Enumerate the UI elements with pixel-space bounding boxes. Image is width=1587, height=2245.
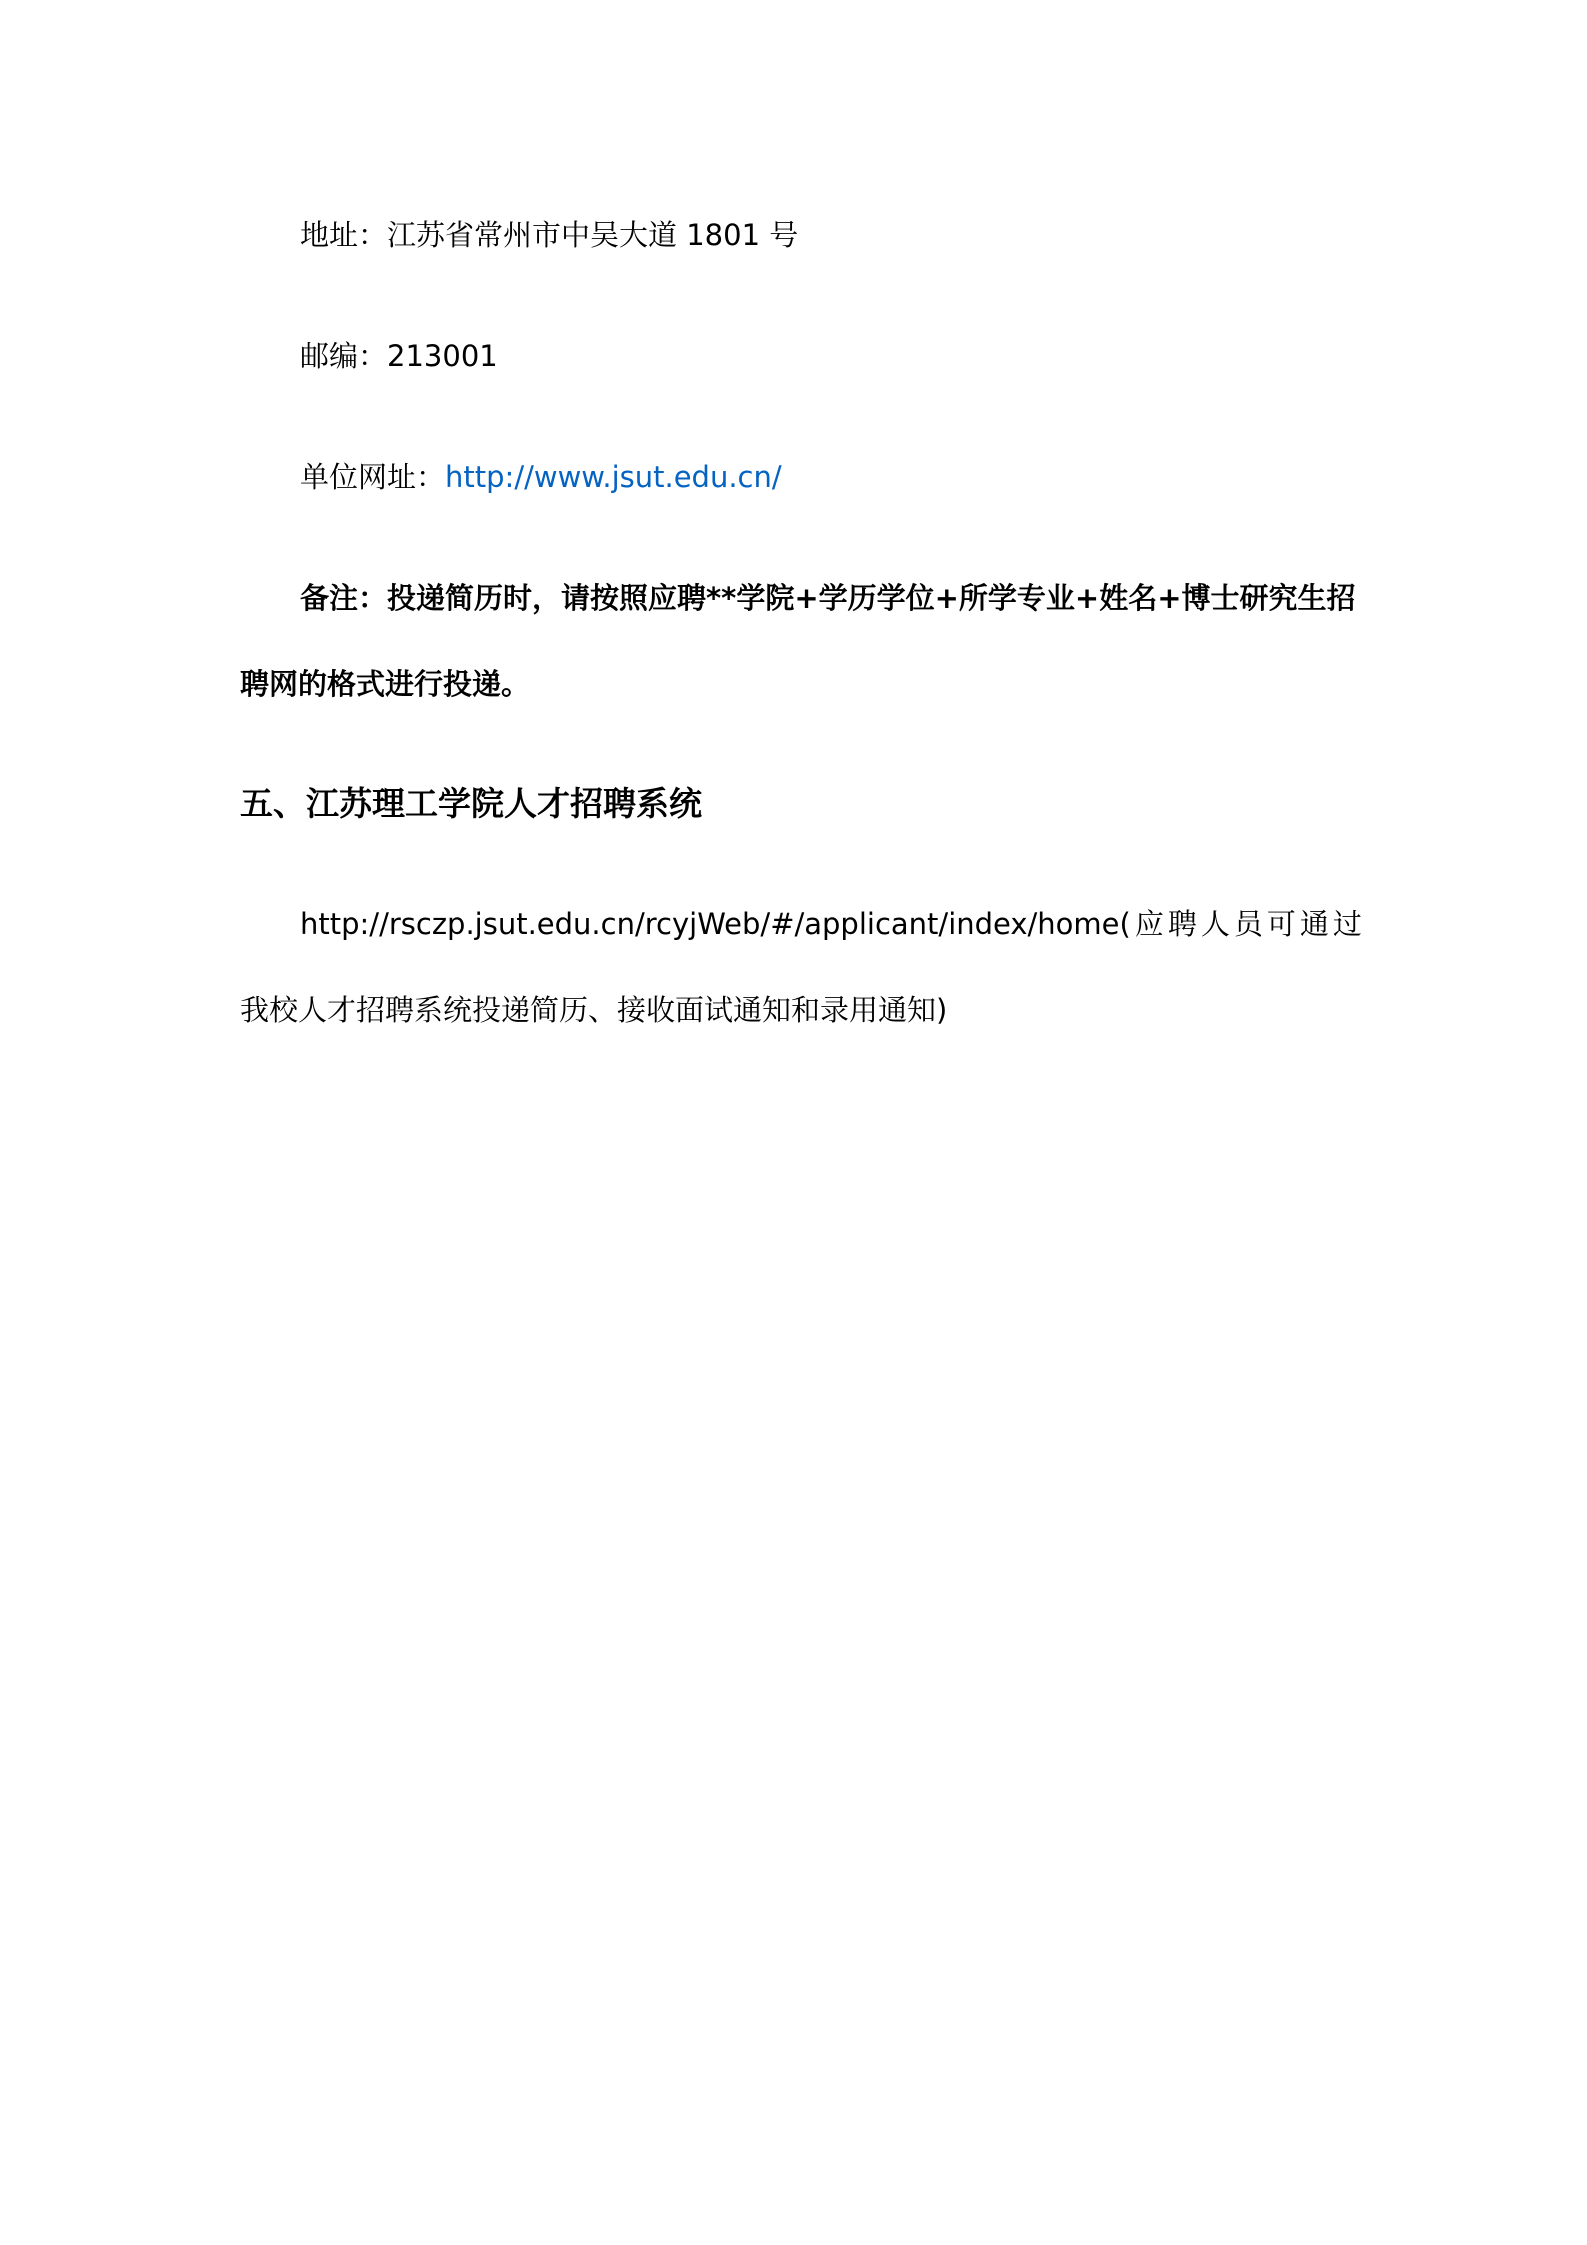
section-5-heading: 五、江苏理工学院人才招聘系统	[240, 784, 702, 824]
postcode-line: 邮编：213001	[300, 336, 498, 376]
address-line: 地址：江苏省常州市中吴大道 1801 号	[300, 215, 798, 255]
recruitment-system-line-1: http://rsczp.jsut.edu.cn/rcyjWeb/#/appli…	[300, 904, 1366, 944]
recruitment-system-desc: (应聘人员可通过	[1120, 907, 1366, 941]
website-link[interactable]: http://www.jsut.edu.cn/	[445, 460, 782, 494]
recruitment-system-line-2: 我校人才招聘系统投递简历、接收面试通知和录用通知)	[240, 990, 947, 1030]
address-value: 江苏省常州市中吴大道 1801 号	[387, 218, 798, 252]
recruitment-system-url[interactable]: http://rsczp.jsut.edu.cn/rcyjWeb/#/appli…	[300, 907, 1120, 941]
address-label: 地址：	[300, 218, 387, 252]
postcode-label: 邮编：	[300, 339, 387, 373]
website-line: 单位网址：http://www.jsut.edu.cn/	[300, 457, 782, 497]
note-line-2: 聘网的格式进行投递。	[240, 664, 530, 704]
postcode-value: 213001	[387, 339, 498, 373]
note-line-1: 备注：投递简历时，请按照应聘**学院+学历学位+所学专业+姓名+博士研究生招	[300, 578, 1356, 618]
website-label: 单位网址：	[300, 460, 445, 494]
